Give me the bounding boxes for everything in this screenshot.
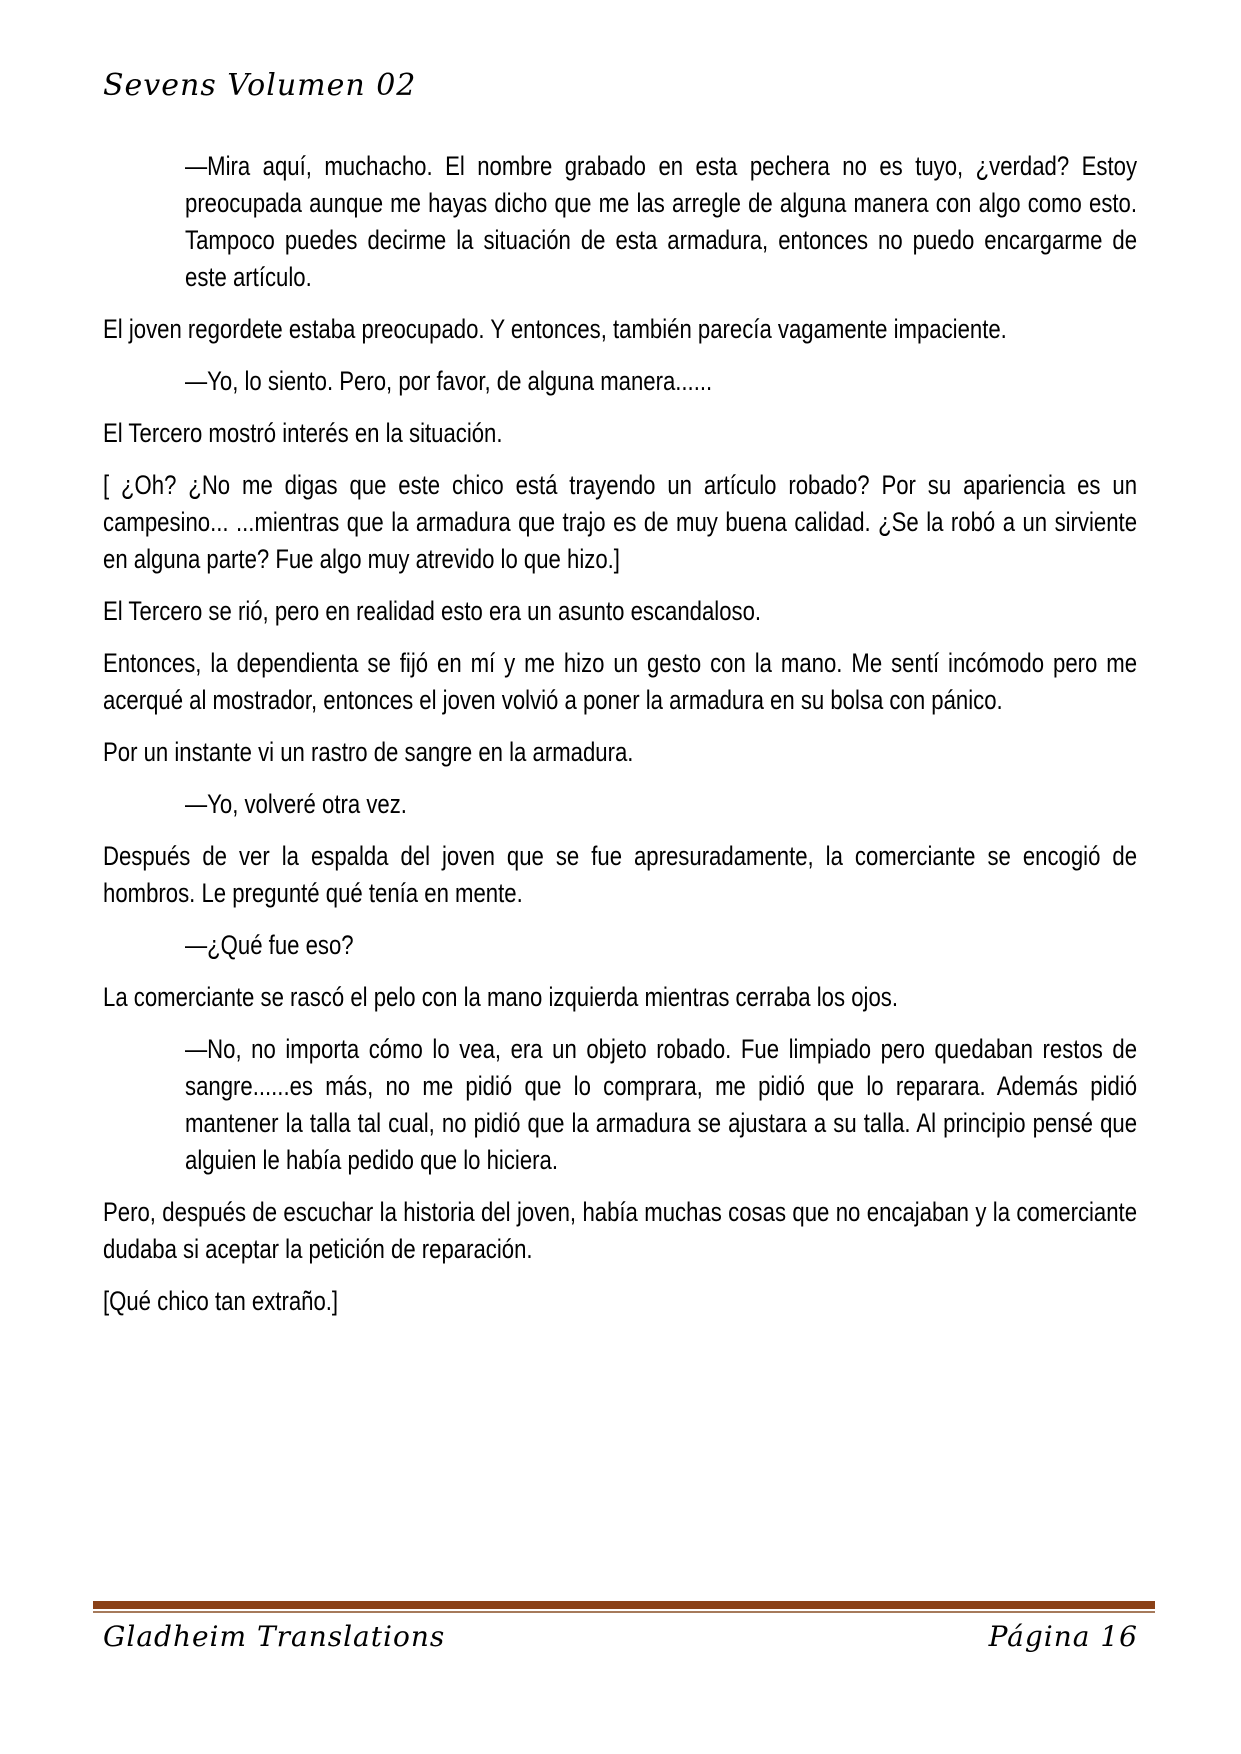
paragraph: Entonces, la dependienta se fijó en mí y…: [103, 645, 1137, 719]
paragraph: —Yo, lo siento. Pero, por favor, de algu…: [185, 363, 1137, 400]
paragraph: El Tercero mostró interés en la situació…: [103, 415, 1137, 452]
document-body: —Mira aquí, muchacho. El nombre grabado …: [103, 148, 1137, 1335]
paragraph: Después de ver la espalda del joven que …: [103, 838, 1137, 912]
footer-page-number: Página 16: [93, 1620, 1138, 1653]
footer-divider: [93, 1601, 1155, 1613]
paragraph: —¿Qué fue eso?: [185, 927, 1137, 964]
footer-divider-thin-line: [93, 1611, 1155, 1613]
paragraph: [Qué chico tan extraño.]: [103, 1283, 1137, 1320]
document-page: Sevens Volumen 02 —Mira aquí, muchacho. …: [0, 0, 1241, 1754]
paragraph: [ ¿Oh? ¿No me digas que este chico está …: [103, 467, 1137, 578]
paragraph: —No, no importa cómo lo vea, era un obje…: [185, 1031, 1137, 1179]
footer-divider-thick-line: [93, 1601, 1155, 1609]
paragraph: El joven regordete estaba preocupado. Y …: [103, 311, 1137, 348]
paragraph: El Tercero se rió, pero en realidad esto…: [103, 593, 1137, 630]
paragraph: Pero, después de escuchar la historia de…: [103, 1194, 1137, 1268]
paragraph: La comerciante se rascó el pelo con la m…: [103, 979, 1137, 1016]
paragraph: Por un instante vi un rastro de sangre e…: [103, 734, 1137, 771]
paragraph: —Yo, volveré otra vez.: [185, 786, 1137, 823]
paragraph: —Mira aquí, muchacho. El nombre grabado …: [185, 148, 1137, 296]
page-header-title: Sevens Volumen 02: [103, 68, 416, 103]
